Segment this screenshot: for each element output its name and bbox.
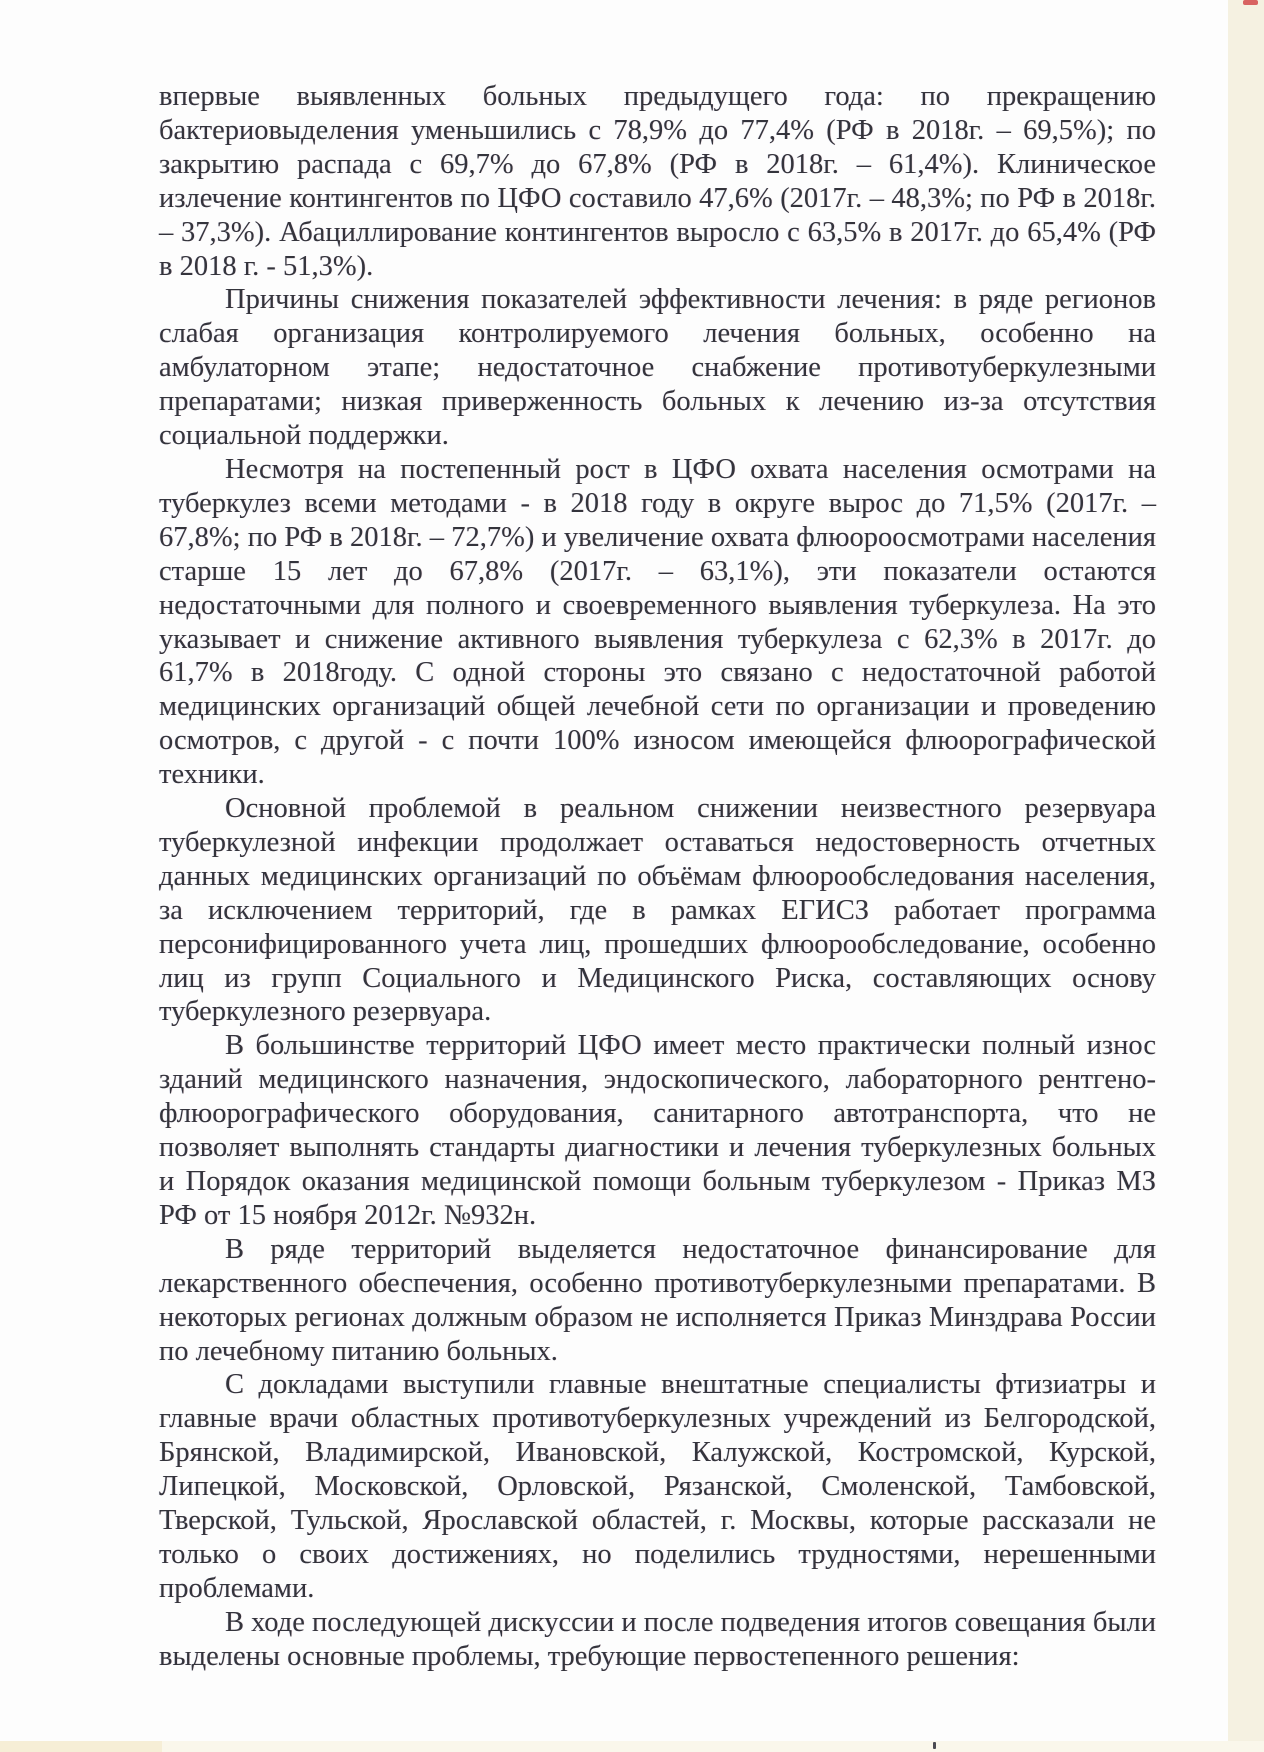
paragraph: В ряде территорий выделяется недостаточн… bbox=[159, 1233, 1156, 1369]
paragraph: Основной проблемой в реальном снижении н… bbox=[159, 792, 1156, 1029]
scan-edge-right bbox=[1228, 0, 1264, 1752]
scan-mark-top-right bbox=[1243, 0, 1258, 5]
paragraph: В большинстве территорий ЦФО имеет место… bbox=[159, 1029, 1156, 1232]
paragraph: В ходе последующей дискуссии и после под… bbox=[159, 1606, 1156, 1674]
scan-speck bbox=[933, 1742, 936, 1749]
paragraph: Причины снижения показателей эффективнос… bbox=[159, 283, 1156, 453]
scan-edge-bottom-left-corner bbox=[0, 1741, 162, 1752]
scan-edge-bottom bbox=[0, 1741, 1264, 1752]
paragraph: впервые выявленных больных предыдущего г… bbox=[159, 80, 1156, 283]
scanned-page: впервые выявленных больных предыдущего г… bbox=[0, 0, 1264, 1752]
document-body: впервые выявленных больных предыдущего г… bbox=[159, 80, 1156, 1674]
paragraph: С докладами выступили главные внештатные… bbox=[159, 1368, 1156, 1605]
paragraph: Несмотря на постепенный рост в ЦФО охват… bbox=[159, 453, 1156, 792]
